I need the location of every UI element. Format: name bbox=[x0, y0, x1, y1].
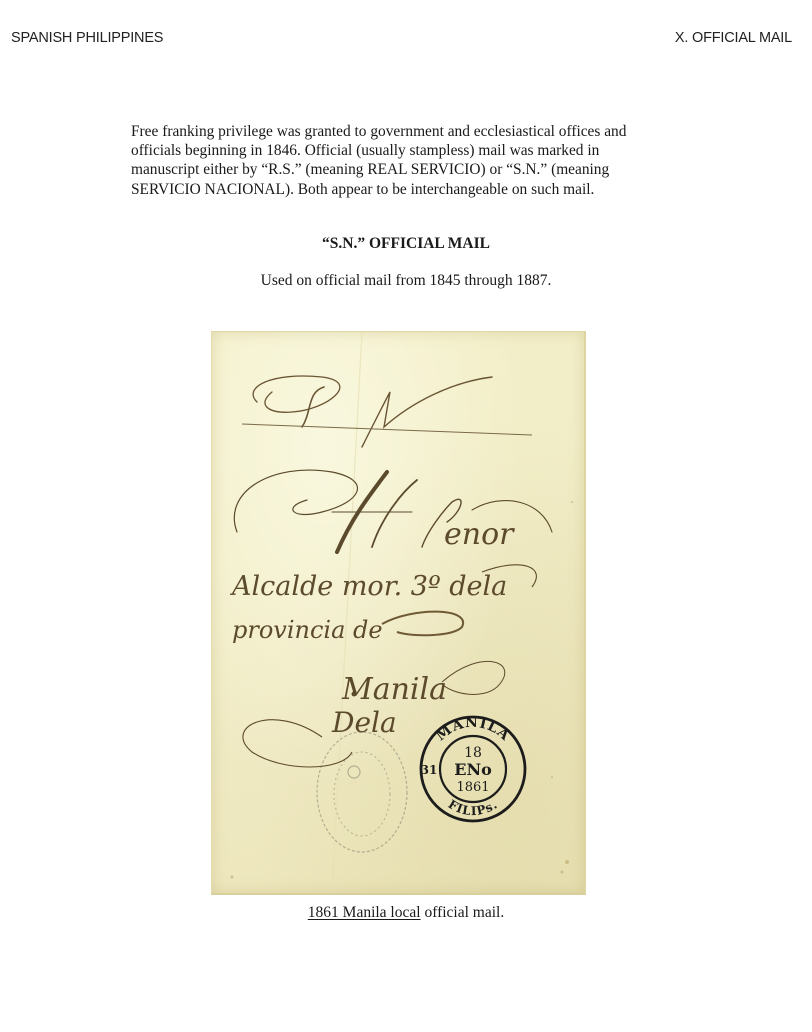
svg-text:MANILA: MANILA bbox=[433, 715, 513, 745]
postmark-day: 18 bbox=[464, 745, 482, 761]
svg-text:enor: enor bbox=[444, 517, 515, 552]
sn-manuscript-marking bbox=[253, 376, 492, 447]
page-header-left: SPANISH PHILIPPINES bbox=[11, 30, 163, 46]
postmark-top-text: MANILA bbox=[433, 715, 513, 745]
postmark-side-text: 31 bbox=[421, 763, 438, 777]
page-header-right: X. OFFICIAL MAIL bbox=[675, 30, 792, 46]
svg-text:Dela: Dela bbox=[331, 706, 397, 739]
envelope-artwork: enor Alcalde mor. 3º dela provincia de M… bbox=[212, 332, 584, 893]
intro-line: officials beginning in 1846. Official (u… bbox=[131, 141, 691, 160]
caption-underlined: 1861 Manila local bbox=[308, 904, 421, 921]
envelope-cover-image: enor Alcalde mor. 3º dela provincia de M… bbox=[211, 331, 586, 895]
caption-rest: official mail. bbox=[421, 904, 505, 921]
intro-line: SERVICIO NACIONAL). Both appear to be in… bbox=[131, 180, 691, 199]
postmark-bottom-text: FILIPs. bbox=[446, 797, 501, 818]
svg-text:Manila: Manila bbox=[341, 672, 447, 707]
manila-postmark: MANILA FILIPs. 31 18 ENo 1861 bbox=[421, 715, 525, 821]
intro-line: manuscript either by “R.S.” (meaning REA… bbox=[131, 160, 691, 179]
section-subtitle: Used on official mail from 1845 through … bbox=[0, 272, 812, 290]
svg-text:FILIPs.: FILIPs. bbox=[446, 797, 501, 818]
intro-line: Free franking privilege was granted to g… bbox=[131, 122, 691, 141]
section-title: “S.N.” OFFICIAL MAIL bbox=[0, 235, 812, 253]
manuscript-alcalde-line: Alcalde mor. 3º dela bbox=[229, 565, 536, 602]
svg-text:Alcalde mor. 3º dela: Alcalde mor. 3º dela bbox=[229, 571, 507, 602]
postmark-month: ENo bbox=[454, 760, 492, 779]
cover-caption: 1861 Manila local official mail. bbox=[0, 904, 812, 922]
intro-paragraph: Free franking privilege was granted to g… bbox=[131, 122, 691, 199]
oval-seal-handstamp bbox=[317, 732, 407, 852]
manuscript-provincia-line: provincia de bbox=[232, 612, 463, 644]
postmark-year: 1861 bbox=[456, 780, 489, 795]
svg-text:provincia de: provincia de bbox=[232, 616, 383, 644]
manuscript-al-senor: enor bbox=[234, 470, 552, 552]
manuscript-manila-line: Manila bbox=[341, 661, 505, 707]
